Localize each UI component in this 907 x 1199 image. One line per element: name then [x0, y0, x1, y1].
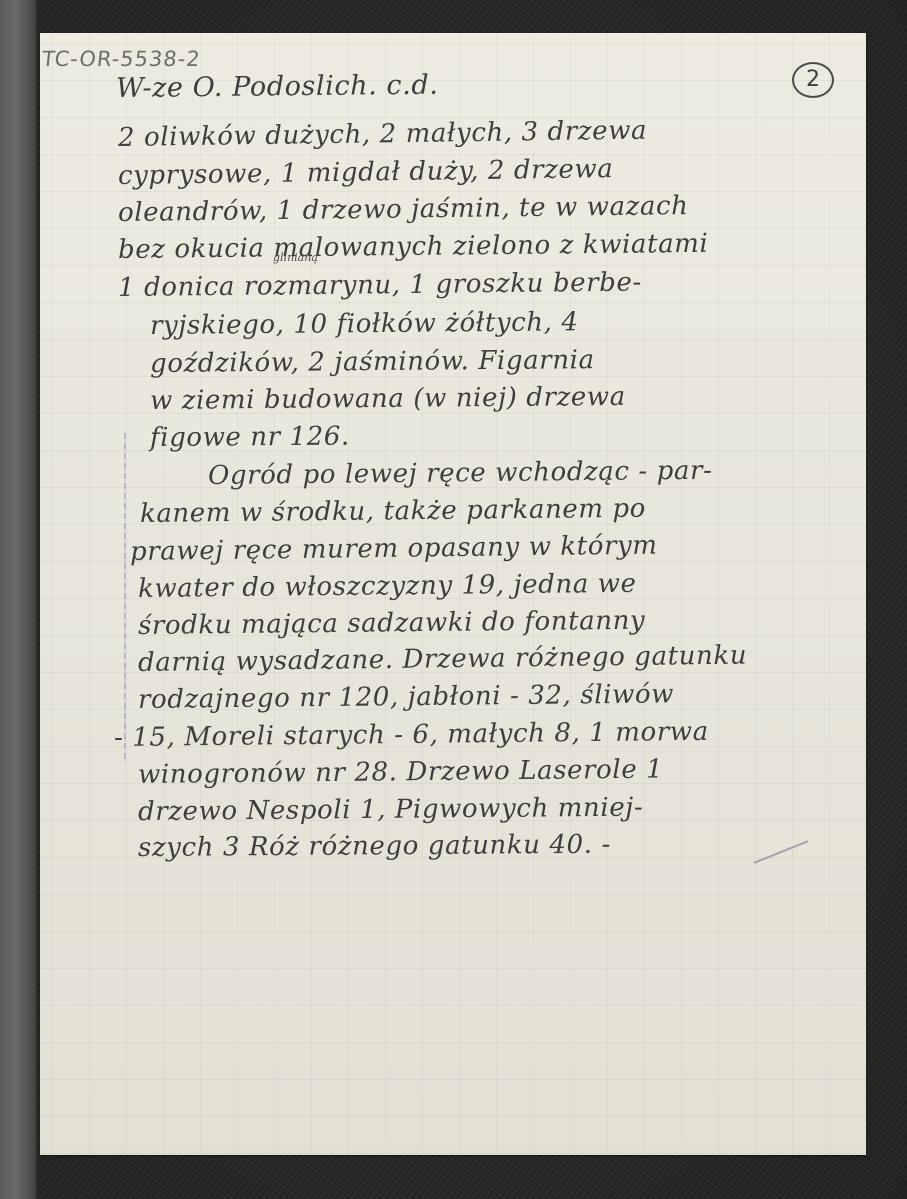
archive-id: TC-OR-5538-2 — [41, 47, 202, 71]
title-line: W-ze O. Podoslich. c.d. — [116, 70, 439, 104]
binder-strip-edge — [36, 0, 39, 1199]
text-line-5: 1 donica rozmarynu, 1 groszku berbe- — [118, 268, 642, 303]
text-line-9: figowe nr 126. — [150, 422, 350, 453]
text-line-8: w ziemi budowana (w niej) drzewa — [150, 382, 626, 416]
text-line-10b: kanem w środku, także parkanem po — [140, 494, 646, 529]
text-line-14: darnią wysadzane. Drzewa różnego gatunku — [138, 641, 747, 678]
text-line-13: środku mająca sadzawki do fontanny — [138, 606, 646, 641]
text-line-10a: Ogród po lewej ręce wchodząc - par- — [208, 456, 713, 491]
text-line-11: prawej ręce murem opasany w którym — [130, 531, 658, 567]
text-line-1: 2 oliwków dużych, 2 małych, 3 drzewa — [118, 116, 647, 153]
manuscript-page: TC-OR-5538-2 2 W-ze O. Podoslich. c.d. 2… — [40, 33, 866, 1155]
superscript-note: glinianą — [273, 251, 318, 264]
text-line-6: ryjskiego, 10 fiołków żółtych, 4 — [150, 307, 579, 341]
text-line-3: oleandrów, 1 drzewo jaśmin, te w wazach — [118, 191, 689, 228]
text-line-16: - 15, Moreli starych - 6, małych 8, 1 mo… — [114, 717, 709, 753]
text-line-17: winogronów nr 28. Drzewo Laserole 1 — [138, 755, 664, 790]
text-line-15: rodzajnego nr 120, jabłoni - 32, śliwów — [138, 679, 674, 715]
pencil-mark — [754, 840, 809, 864]
binder-strip — [0, 0, 38, 1199]
margin-line — [124, 433, 126, 763]
text-line-19: szych 3 Róż różnego gatunku 40. - — [138, 830, 611, 863]
text-line-4: bez okucia malowanych zielono z kwiatami — [118, 229, 709, 265]
page-number-circle: 2 — [792, 62, 834, 98]
text-line-2: cyprysowe, 1 migdał duży, 2 drzewa — [118, 154, 614, 191]
text-line-7: goździków, 2 jaśminów. Figarnia — [150, 345, 595, 379]
text-line-12: kwater do włoszczyzny 19, jedna we — [138, 569, 637, 604]
text-line-18: drzewo Nespoli 1, Pigwowych mniej- — [138, 793, 644, 827]
